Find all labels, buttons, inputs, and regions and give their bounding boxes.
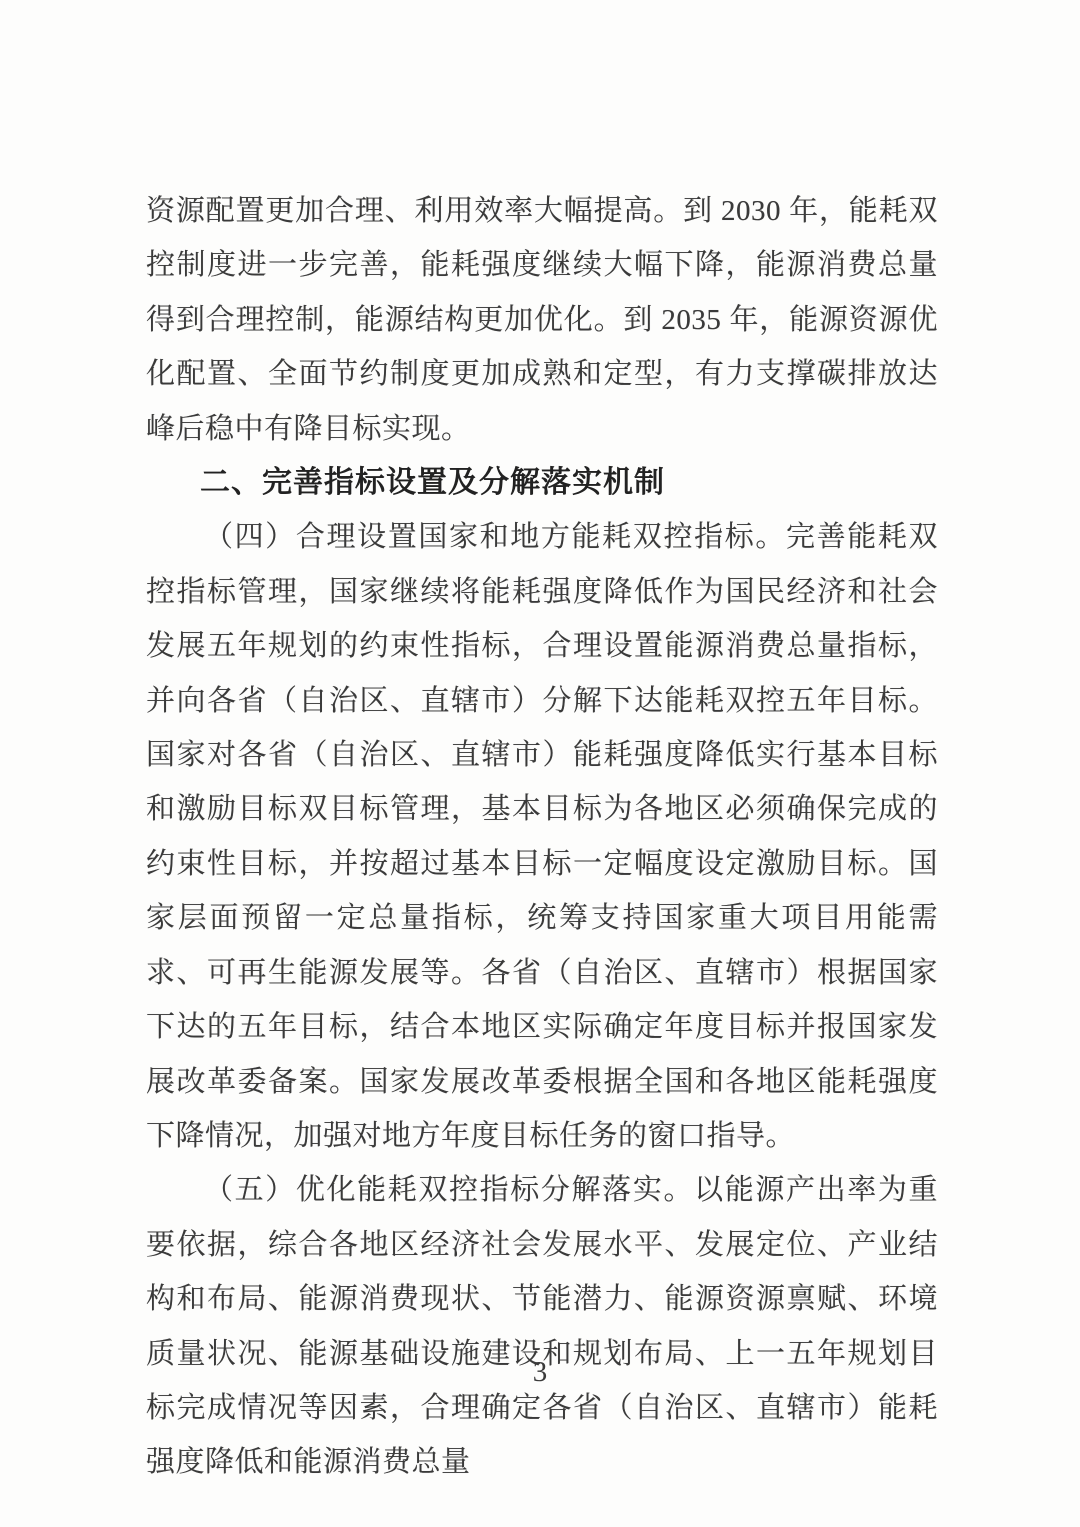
document-body: 资源配置更加合理、利用效率大幅提高。到 2030 年，能耗双控制度进一步完善，能… — [146, 184, 938, 1490]
document-page: 资源配置更加合理、利用效率大幅提高。到 2030 年，能耗双控制度进一步完善，能… — [0, 0, 1080, 1527]
paragraph-item-5: （五）优化能耗双控指标分解落实。以能源产出率为重要依据，综合各地区经济社会发展水… — [146, 1163, 938, 1489]
paragraph-continuation: 资源配置更加合理、利用效率大幅提高。到 2030 年，能耗双控制度进一步完善，能… — [146, 184, 938, 456]
page-number: 3 — [0, 1352, 1080, 1392]
paragraph-item-4: （四）合理设置国家和地方能耗双控指标。完善能耗双控指标管理，国家继续将能耗强度降… — [146, 510, 938, 1163]
section-heading: 二、完善指标设置及分解落实机制 — [146, 456, 938, 510]
